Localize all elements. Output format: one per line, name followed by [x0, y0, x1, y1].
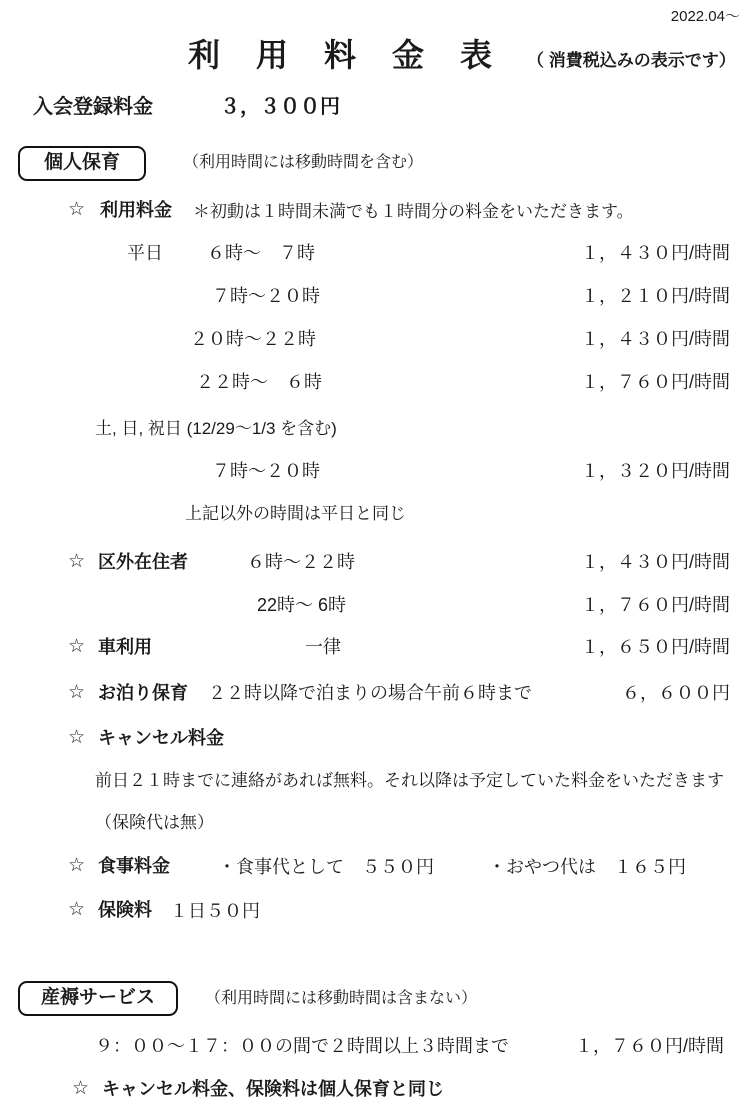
car-use-label: 車利用 [98, 636, 152, 659]
meal-fee-desc: ・食事代として ５５０円 ・おやつ代は １６５円 [218, 856, 686, 879]
fee-row-time: ２２時～ ６時 [196, 371, 322, 394]
section-badge-personal-care: 個人保育 [18, 146, 146, 181]
overnight-care-desc: ２２時以降で泊まりの場合午前６時まで [208, 682, 532, 705]
fee-row-time: ７時～２０時 [212, 285, 320, 308]
effective-date: 2022.04～ [671, 8, 740, 27]
fee-row-price: １，３２０円/時間 [548, 460, 730, 483]
fee-row-time: ６時～ ７時 [207, 242, 315, 265]
star-icon: ☆ [72, 1077, 89, 1101]
cancel-fee-desc: 前日２１時までに連絡があれば無料。それ以降は予定していた料金をいただきます [95, 770, 724, 791]
fee-row-price: １，４３０円/時間 [548, 328, 730, 351]
personal-care-note: （利用時間には移動時間を含む） [183, 153, 423, 173]
postpartum-hours-desc: ９：００～１７：００の間で２時間以上３時間まで [95, 1035, 509, 1058]
page-title: 利 用 料 金 表 [188, 35, 494, 75]
overnight-care-price: ６，６００円 [548, 682, 730, 705]
car-use-rate-type: 一律 [305, 636, 341, 659]
star-icon: ☆ [68, 681, 85, 705]
overnight-care-label: お泊り保育 [98, 682, 188, 705]
fee-row-time: 22時～ 6時 [257, 594, 346, 617]
usage-fee-note: ＊初動は１時間未満でも１時間分の料金をいただきます。 [193, 201, 634, 222]
holiday-note: 上記以外の時間は平日と同じ [185, 503, 406, 524]
weekday-label: 平日 [127, 242, 163, 265]
fee-row-time: ２０時～２２時 [190, 328, 316, 351]
cancel-fee-note: （保険代は無） [95, 812, 214, 833]
fee-row-price: １，２１０円/時間 [548, 285, 730, 308]
fee-row-price: １，７６０円/時間 [548, 371, 730, 394]
postpartum-note: （利用時間には移動時間は含まない） [205, 989, 477, 1009]
meal-fee-label: 食事料金 [98, 855, 170, 878]
registration-fee-label: 入会登録料金 [33, 95, 153, 120]
star-icon: ☆ [68, 198, 85, 222]
postpartum-price: １，７６０円/時間 [575, 1035, 724, 1058]
section-badge-postpartum: 産褥サービス [18, 981, 178, 1016]
nonresident-label: 区外在住者 [98, 551, 188, 574]
fee-row-time: ７時～２０時 [212, 460, 320, 483]
insurance-fee-label: 保険料 [98, 899, 152, 922]
fee-row-price: １，４３０円/時間 [548, 242, 730, 265]
star-icon: ☆ [68, 898, 85, 922]
cancel-fee-label: キャンセル料金 [98, 727, 224, 750]
postpartum-cancel-note: キャンセル料金、保険料は個人保育と同じ [102, 1078, 444, 1101]
star-icon: ☆ [68, 635, 85, 659]
fee-row-price: １，６５０円/時間 [548, 636, 730, 659]
fee-table-document: 2022.04～ 利 用 料 金 表 （ 消費税込みの表示です） 入会登録料金 … [0, 0, 750, 1116]
fee-row-time: ６時～２２時 [247, 551, 355, 574]
holiday-label: 土, 日, 祝日 (12/29～1/3 を含む) [95, 418, 337, 439]
insurance-fee-desc: １日５０円 [170, 900, 260, 923]
star-icon: ☆ [68, 726, 85, 750]
fee-row-price: １，４３０円/時間 [548, 551, 730, 574]
registration-fee-price: ３，３００円 [220, 95, 340, 120]
star-icon: ☆ [68, 550, 85, 574]
star-icon: ☆ [68, 854, 85, 878]
tax-inclusive-note: （ 消費税込みの表示です） [527, 50, 736, 71]
usage-fee-label: 利用料金 [100, 199, 172, 222]
fee-row-price: １，７６０円/時間 [548, 594, 730, 617]
